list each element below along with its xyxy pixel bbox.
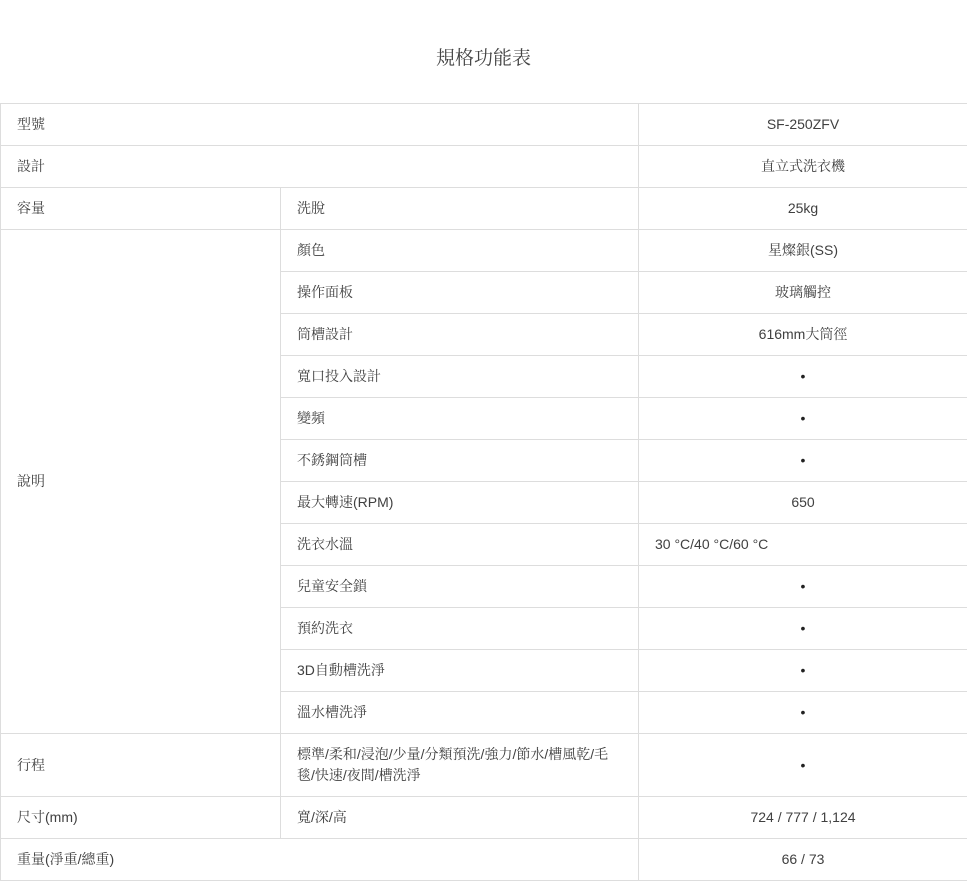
description-item-name: 洗衣水溫	[281, 524, 639, 566]
model-label: 型號	[1, 104, 639, 146]
capacity-sub-label: 洗脫	[281, 188, 639, 230]
description-item-value: 星燦銀(SS)	[639, 230, 967, 272]
description-item-name: 最大轉速(RPM)	[281, 482, 639, 524]
description-item-name: 3D自動槽洗淨	[281, 650, 639, 692]
row-model: 型號 SF-250ZFV	[1, 104, 967, 146]
weight-label: 重量(淨重/總重)	[1, 839, 639, 881]
spec-table: 型號 SF-250ZFV 設計 直立式洗衣機 容量 洗脫 25kg 說明 顏色 …	[0, 103, 967, 881]
model-value: SF-250ZFV	[639, 104, 967, 146]
capacity-value: 25kg	[639, 188, 967, 230]
row-weight: 重量(淨重/總重) 66 / 73	[1, 839, 967, 881]
description-item-name: 變頻	[281, 398, 639, 440]
description-item-value: 650	[639, 482, 967, 524]
row-capacity: 容量 洗脫 25kg	[1, 188, 967, 230]
dimensions-value: 724 / 777 / 1,124	[639, 797, 967, 839]
row-design: 設計 直立式洗衣機	[1, 146, 967, 188]
spec-page: 規格功能表 型號 SF-250ZFV 設計 直立式洗衣機 容量 洗脫 25kg …	[0, 0, 967, 881]
description-item-name: 不銹鋼筒槽	[281, 440, 639, 482]
description-item-name: 預約洗衣	[281, 608, 639, 650]
program-label: 行程	[1, 734, 281, 797]
description-item-value: 玻璃觸控	[639, 272, 967, 314]
design-value: 直立式洗衣機	[639, 146, 967, 188]
description-item-name: 筒槽設計	[281, 314, 639, 356]
description-item-name: 兒童安全鎖	[281, 566, 639, 608]
feature-bullet: •	[639, 398, 967, 440]
feature-bullet: •	[639, 356, 967, 398]
description-item-name: 顏色	[281, 230, 639, 272]
description-item-name: 寬口投入設計	[281, 356, 639, 398]
page-title: 規格功能表	[0, 0, 967, 103]
row-program: 行程 標準/柔和/浸泡/少量/分類預洗/強力/節水/槽風乾/毛毯/快速/夜間/槽…	[1, 734, 967, 797]
description-item-name: 操作面板	[281, 272, 639, 314]
feature-bullet: •	[639, 734, 967, 797]
description-item-value: 616mm大筒徑	[639, 314, 967, 356]
feature-bullet: •	[639, 692, 967, 734]
design-label: 設計	[1, 146, 639, 188]
program-list: 標準/柔和/浸泡/少量/分類預洗/強力/節水/槽風乾/毛毯/快速/夜間/槽洗淨	[281, 734, 639, 797]
dimensions-sub-label: 寬/深/高	[281, 797, 639, 839]
feature-bullet: •	[639, 566, 967, 608]
dimensions-label: 尺寸(mm)	[1, 797, 281, 839]
row-dimensions: 尺寸(mm) 寬/深/高 724 / 777 / 1,124	[1, 797, 967, 839]
feature-bullet: •	[639, 608, 967, 650]
feature-bullet: •	[639, 440, 967, 482]
description-label: 說明	[1, 230, 281, 734]
weight-value: 66 / 73	[639, 839, 967, 881]
row-description-color: 說明 顏色 星燦銀(SS)	[1, 230, 967, 272]
description-item-name: 溫水槽洗淨	[281, 692, 639, 734]
description-item-value: 30 °C/40 °C/60 °C	[639, 524, 967, 566]
capacity-label: 容量	[1, 188, 281, 230]
feature-bullet: •	[639, 650, 967, 692]
